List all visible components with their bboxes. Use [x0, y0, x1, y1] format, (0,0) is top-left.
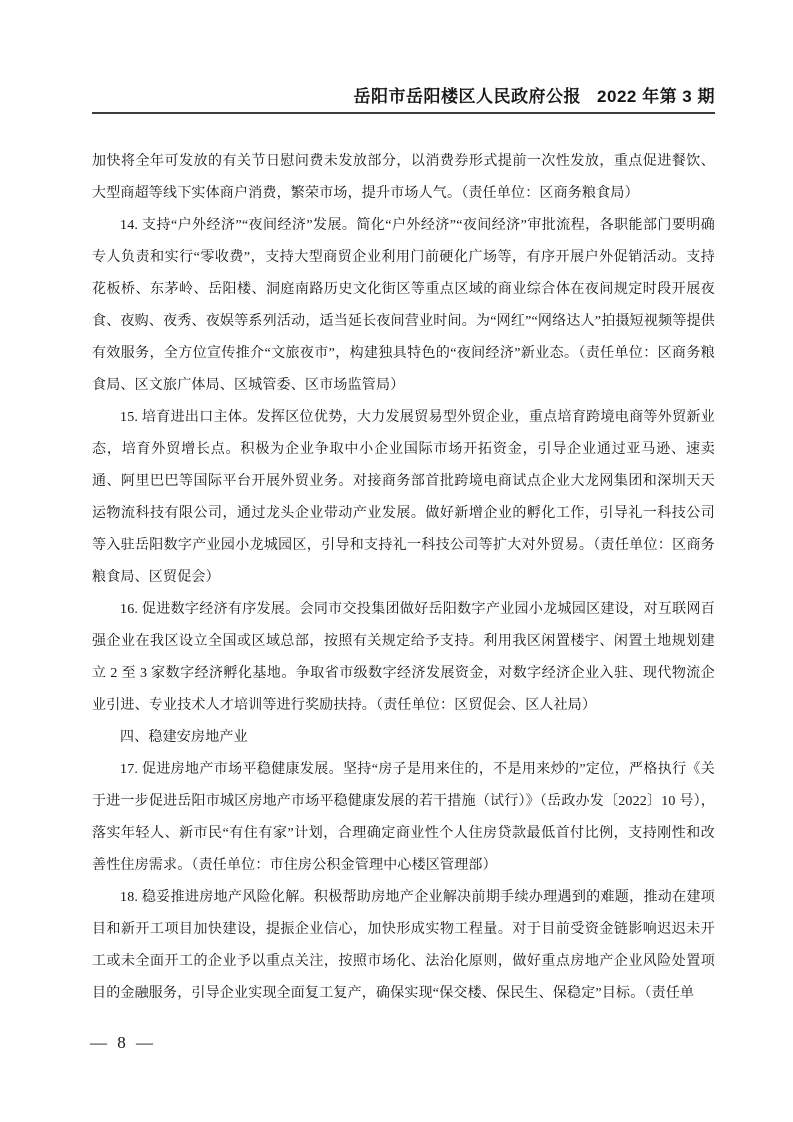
- paragraph-16: 16. 促进数字经济有序发展。会同市交投集团做好岳阳数字产业园小龙城园区建设，对…: [92, 594, 715, 722]
- page-header: 岳阳市岳阳楼区人民政府公报2022 年第 3 期: [92, 86, 715, 114]
- document-body: 加快将全年可发放的有关节日慰问费未发放部分，以消费券形式提前一次性发放，重点促进…: [92, 146, 715, 1010]
- section-heading-4: 四、稳建安房地产业: [92, 722, 715, 754]
- gazette-page: 岳阳市岳阳楼区人民政府公报2022 年第 3 期 加快将全年可发放的有关节日慰问…: [0, 0, 793, 1122]
- page-number: — 8 —: [90, 1033, 156, 1053]
- paragraph-13-continuation: 加快将全年可发放的有关节日慰问费未发放部分，以消费券形式提前一次性发放，重点促进…: [92, 146, 715, 210]
- paragraph-14: 14. 支持“户外经济”“夜间经济”发展。简化“户外经济”“夜间经济”审批流程，…: [92, 210, 715, 402]
- paragraph-17: 17. 促进房地产市场平稳健康发展。坚持“房子是用来住的，不是用来炒的”定位，严…: [92, 754, 715, 882]
- gazette-title: 岳阳市岳阳楼区人民政府公报: [354, 87, 582, 106]
- gazette-issue: 2022 年第 3 期: [597, 87, 715, 106]
- paragraph-15: 15. 培育进出口主体。发挥区位优势，大力发展贸易型外贸企业，重点培育跨境电商等…: [92, 402, 715, 594]
- paragraph-18: 18. 稳妥推进房地产风险化解。积极帮助房地产企业解决前期手续办理遇到的难题，推…: [92, 882, 715, 1010]
